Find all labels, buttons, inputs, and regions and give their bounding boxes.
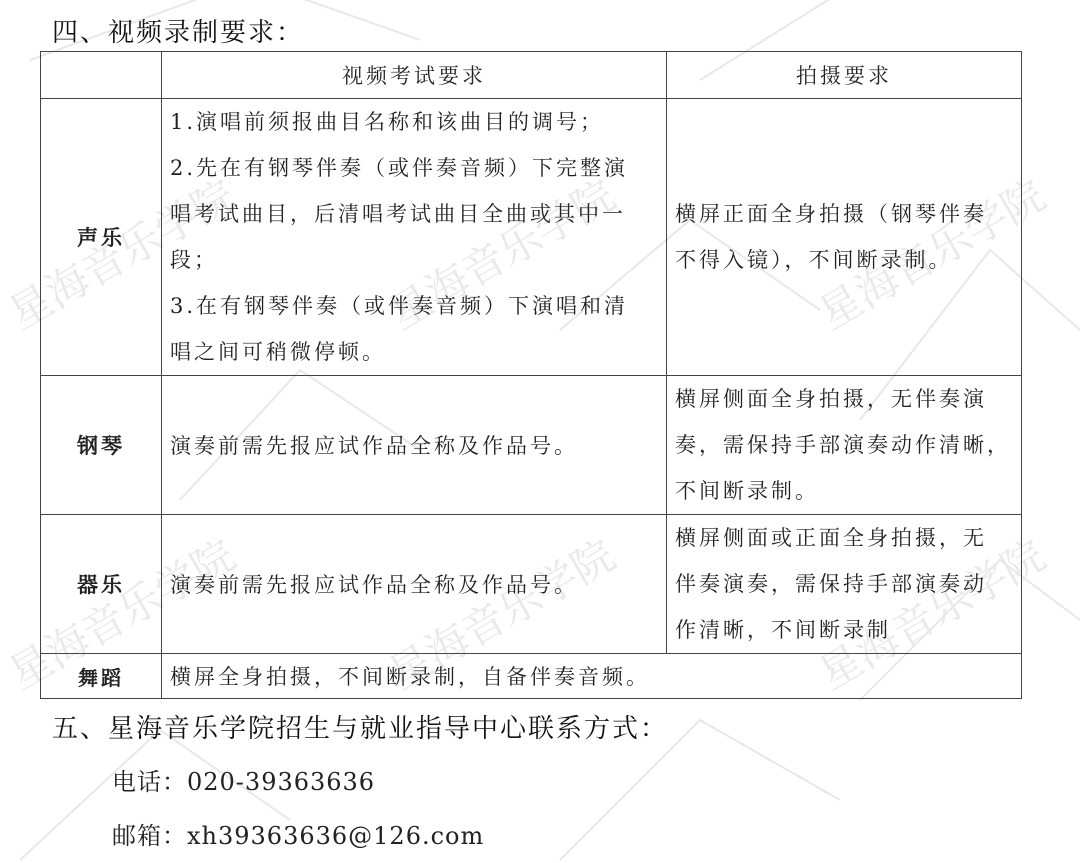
shooting-requirement-cell: 横屏侧面或正面全身拍摄，无 伴奏演奏，需保持手部演奏动 作清晰，不间断录制 — [667, 515, 1022, 654]
section-4-heading: 四、视频录制要求： — [52, 12, 304, 49]
text-line: 不得入镜），不间断录制。 — [675, 237, 1013, 283]
text-line: 3.在有钢琴伴奏（或伴奏音频）下演唱和清 — [170, 283, 658, 329]
section-5-heading: 五、星海音乐学院招生与就业指导中心联系方式： — [52, 708, 668, 745]
category-cell: 器乐 — [41, 515, 162, 654]
header-shooting-requirements: 拍摄要求 — [667, 52, 1022, 99]
table-row-instrumental: 器乐 演奏前需先报应试作品全称及作品号。 横屏侧面或正面全身拍摄，无 伴奏演奏，… — [41, 515, 1022, 654]
phone-number: 020-39363636 — [187, 768, 375, 796]
video-requirements-table: 视频考试要求 拍摄要求 声乐 1.演唱前须报曲目名称和该曲目的调号； 2.先在有… — [40, 51, 1022, 699]
table-row-piano: 钢琴 演奏前需先报应试作品全称及作品号。 横屏侧面全身拍摄，无伴奏演 奏，需保持… — [41, 376, 1022, 515]
category-cell: 舞蹈 — [41, 654, 162, 699]
exam-requirement-cell: 1.演唱前须报曲目名称和该曲目的调号； 2.先在有钢琴伴奏（或伴奏音频）下完整演… — [162, 99, 667, 376]
text-line: 作清晰，不间断录制 — [675, 607, 1013, 653]
text-line: 1.演唱前须报曲目名称和该曲目的调号； — [170, 99, 658, 145]
text-line: 2.先在有钢琴伴奏（或伴奏音频）下完整演 — [170, 145, 658, 191]
category-cell: 声乐 — [41, 99, 162, 376]
text-line: 横屏侧面或正面全身拍摄，无 — [675, 515, 1013, 561]
text-line: 横屏正面全身拍摄（钢琴伴奏 — [675, 191, 1013, 237]
text-line: 横屏侧面全身拍摄，无伴奏演 — [675, 376, 1013, 422]
combined-requirement-cell: 横屏全身拍摄，不间断录制，自备伴奏音频。 — [162, 654, 1022, 699]
phone-label: 电话： — [112, 768, 187, 796]
text-line: 奏，需保持手部演奏动作清晰， — [675, 422, 1013, 468]
text-line: 不间断录制。 — [675, 468, 1013, 514]
text-line: 段； — [170, 237, 658, 283]
header-exam-requirements: 视频考试要求 — [162, 52, 667, 99]
text-line: 唱考试曲目，后清唱考试曲目全曲或其中一 — [170, 191, 658, 237]
email-address: xh39363636@126.com — [187, 822, 484, 850]
header-empty — [41, 52, 162, 99]
exam-requirement-cell: 演奏前需先报应试作品全称及作品号。 — [162, 376, 667, 515]
table-row-dance: 舞蹈 横屏全身拍摄，不间断录制，自备伴奏音频。 — [41, 654, 1022, 699]
table-row-vocal: 声乐 1.演唱前须报曲目名称和该曲目的调号； 2.先在有钢琴伴奏（或伴奏音频）下… — [41, 99, 1022, 376]
text-line: 伴奏演奏，需保持手部演奏动 — [675, 561, 1013, 607]
exam-requirement-cell: 演奏前需先报应试作品全称及作品号。 — [162, 515, 667, 654]
document-page: 四、视频录制要求： 视频考试要求 拍摄要求 声乐 1.演唱前须报曲目名称和该曲目… — [0, 0, 1080, 863]
shooting-requirement-cell: 横屏正面全身拍摄（钢琴伴奏 不得入镜），不间断录制。 — [667, 99, 1022, 376]
shooting-requirement-cell: 横屏侧面全身拍摄，无伴奏演 奏，需保持手部演奏动作清晰， 不间断录制。 — [667, 376, 1022, 515]
contact-email: 邮箱：xh39363636@126.com — [112, 816, 484, 851]
text-line: 唱之间可稍微停顿。 — [170, 329, 658, 375]
table-header-row: 视频考试要求 拍摄要求 — [41, 52, 1022, 99]
category-cell: 钢琴 — [41, 376, 162, 515]
email-label: 邮箱： — [112, 822, 187, 850]
contact-phone: 电话：020-39363636 — [112, 762, 375, 797]
